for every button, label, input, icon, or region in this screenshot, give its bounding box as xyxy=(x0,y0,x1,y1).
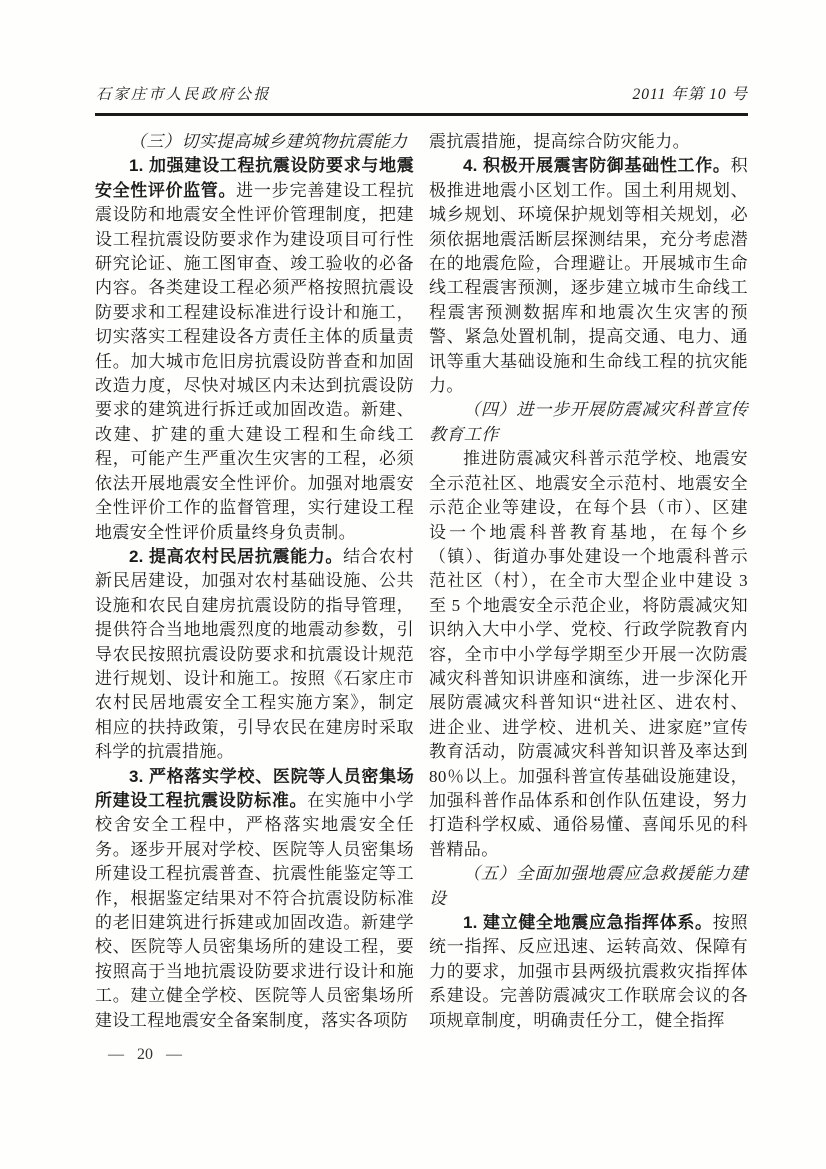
paragraph-lead: 4. 积极开展震害防御基础性工作。 xyxy=(463,156,731,175)
paragraph: 2. 提高农村民居抗震能力。结合农村新民居建设，加强对农村基础设施、公共设施和农… xyxy=(95,545,414,765)
paragraph-lead: 1. 建立健全地震应急指挥体系。 xyxy=(463,913,713,932)
paragraph-text: 结合农村新民居建设，加强对农村基础设施、公共设施和农民自建房抗震设防的指导管理，… xyxy=(95,547,414,761)
page-footer: —20— xyxy=(108,1046,182,1064)
column-right: 震抗震措施，提高综合防灾能力。4. 积极开展震害防御基础性工作。积极推进地震小区… xyxy=(429,130,748,1033)
column-left: （三）切实提高城乡建筑物抗震能力1. 加强建设工程抗震设防要求与地震安全性评价监… xyxy=(95,130,414,1033)
page-header: 石家庄市人民政府公报 2011 年第 10 号 xyxy=(96,82,748,104)
paragraph-lead: 2. 提高农村民居抗震能力。 xyxy=(129,547,343,566)
gazette-page: 石家庄市人民政府公报 2011 年第 10 号 （三）切实提高城乡建筑物抗震能力… xyxy=(0,0,826,1169)
paragraph: 3. 严格落实学校、医院等人员密集场所建设工程抗震设防标准。在实施中小学校舍安全… xyxy=(95,765,414,1033)
footer-dash-left: — xyxy=(108,1046,124,1063)
section-heading: （四）进一步开展防震减灾科普宣传教育工作 xyxy=(429,398,748,447)
header-divider-rule xyxy=(95,113,748,116)
section-heading: （五）全面加强地震应急救援能力建设 xyxy=(429,862,748,911)
footer-dash-right: — xyxy=(166,1046,182,1063)
paragraph: 4. 积极开展震害防御基础性工作。积极推进地震小区划工作。国土利用规划、城乡规划… xyxy=(429,154,748,398)
paragraph-text: 进一步完善建设工程抗震设防和地震安全性评价管理制度，把建设工程抗震设防要求作为建… xyxy=(95,181,414,542)
paragraph: 1. 加强建设工程抗震设防要求与地震安全性评价监管。进一步完善建设工程抗震设防和… xyxy=(95,154,414,545)
issue-number: 2011 年第 10 号 xyxy=(633,82,748,104)
section-heading: （三）切实提高城乡建筑物抗震能力 xyxy=(95,130,414,154)
paragraph-continuation: 震抗震措施，提高综合防灾能力。 xyxy=(429,130,748,154)
page-number: 20 xyxy=(137,1046,153,1063)
paragraph-text: 积极推进地震小区划工作。国土利用规划、城乡规划、环境保护规划等相关规划，必须依据… xyxy=(429,156,748,395)
paragraph: 推进防震减灾科普示范学校、地震安全示范社区、地震安全示范村、地震安全示范企业等建… xyxy=(429,447,748,862)
paragraph-text: 在实施中小学校舍安全工程中，严格落实地震安全任务。逐步开展对学校、医院等人员密集… xyxy=(95,791,414,1030)
gazette-title: 石家庄市人民政府公报 xyxy=(96,83,271,104)
paragraph: 1. 建立健全地震应急指挥体系。按照统一指挥、反应迅速、运转高效、保障有力的要求… xyxy=(429,911,748,1033)
text-body: （三）切实提高城乡建筑物抗震能力1. 加强建设工程抗震设防要求与地震安全性评价监… xyxy=(95,130,748,1033)
paragraph-text: 推进防震减灾科普示范学校、地震安全示范社区、地震安全示范村、地震安全示范企业等建… xyxy=(429,449,748,859)
